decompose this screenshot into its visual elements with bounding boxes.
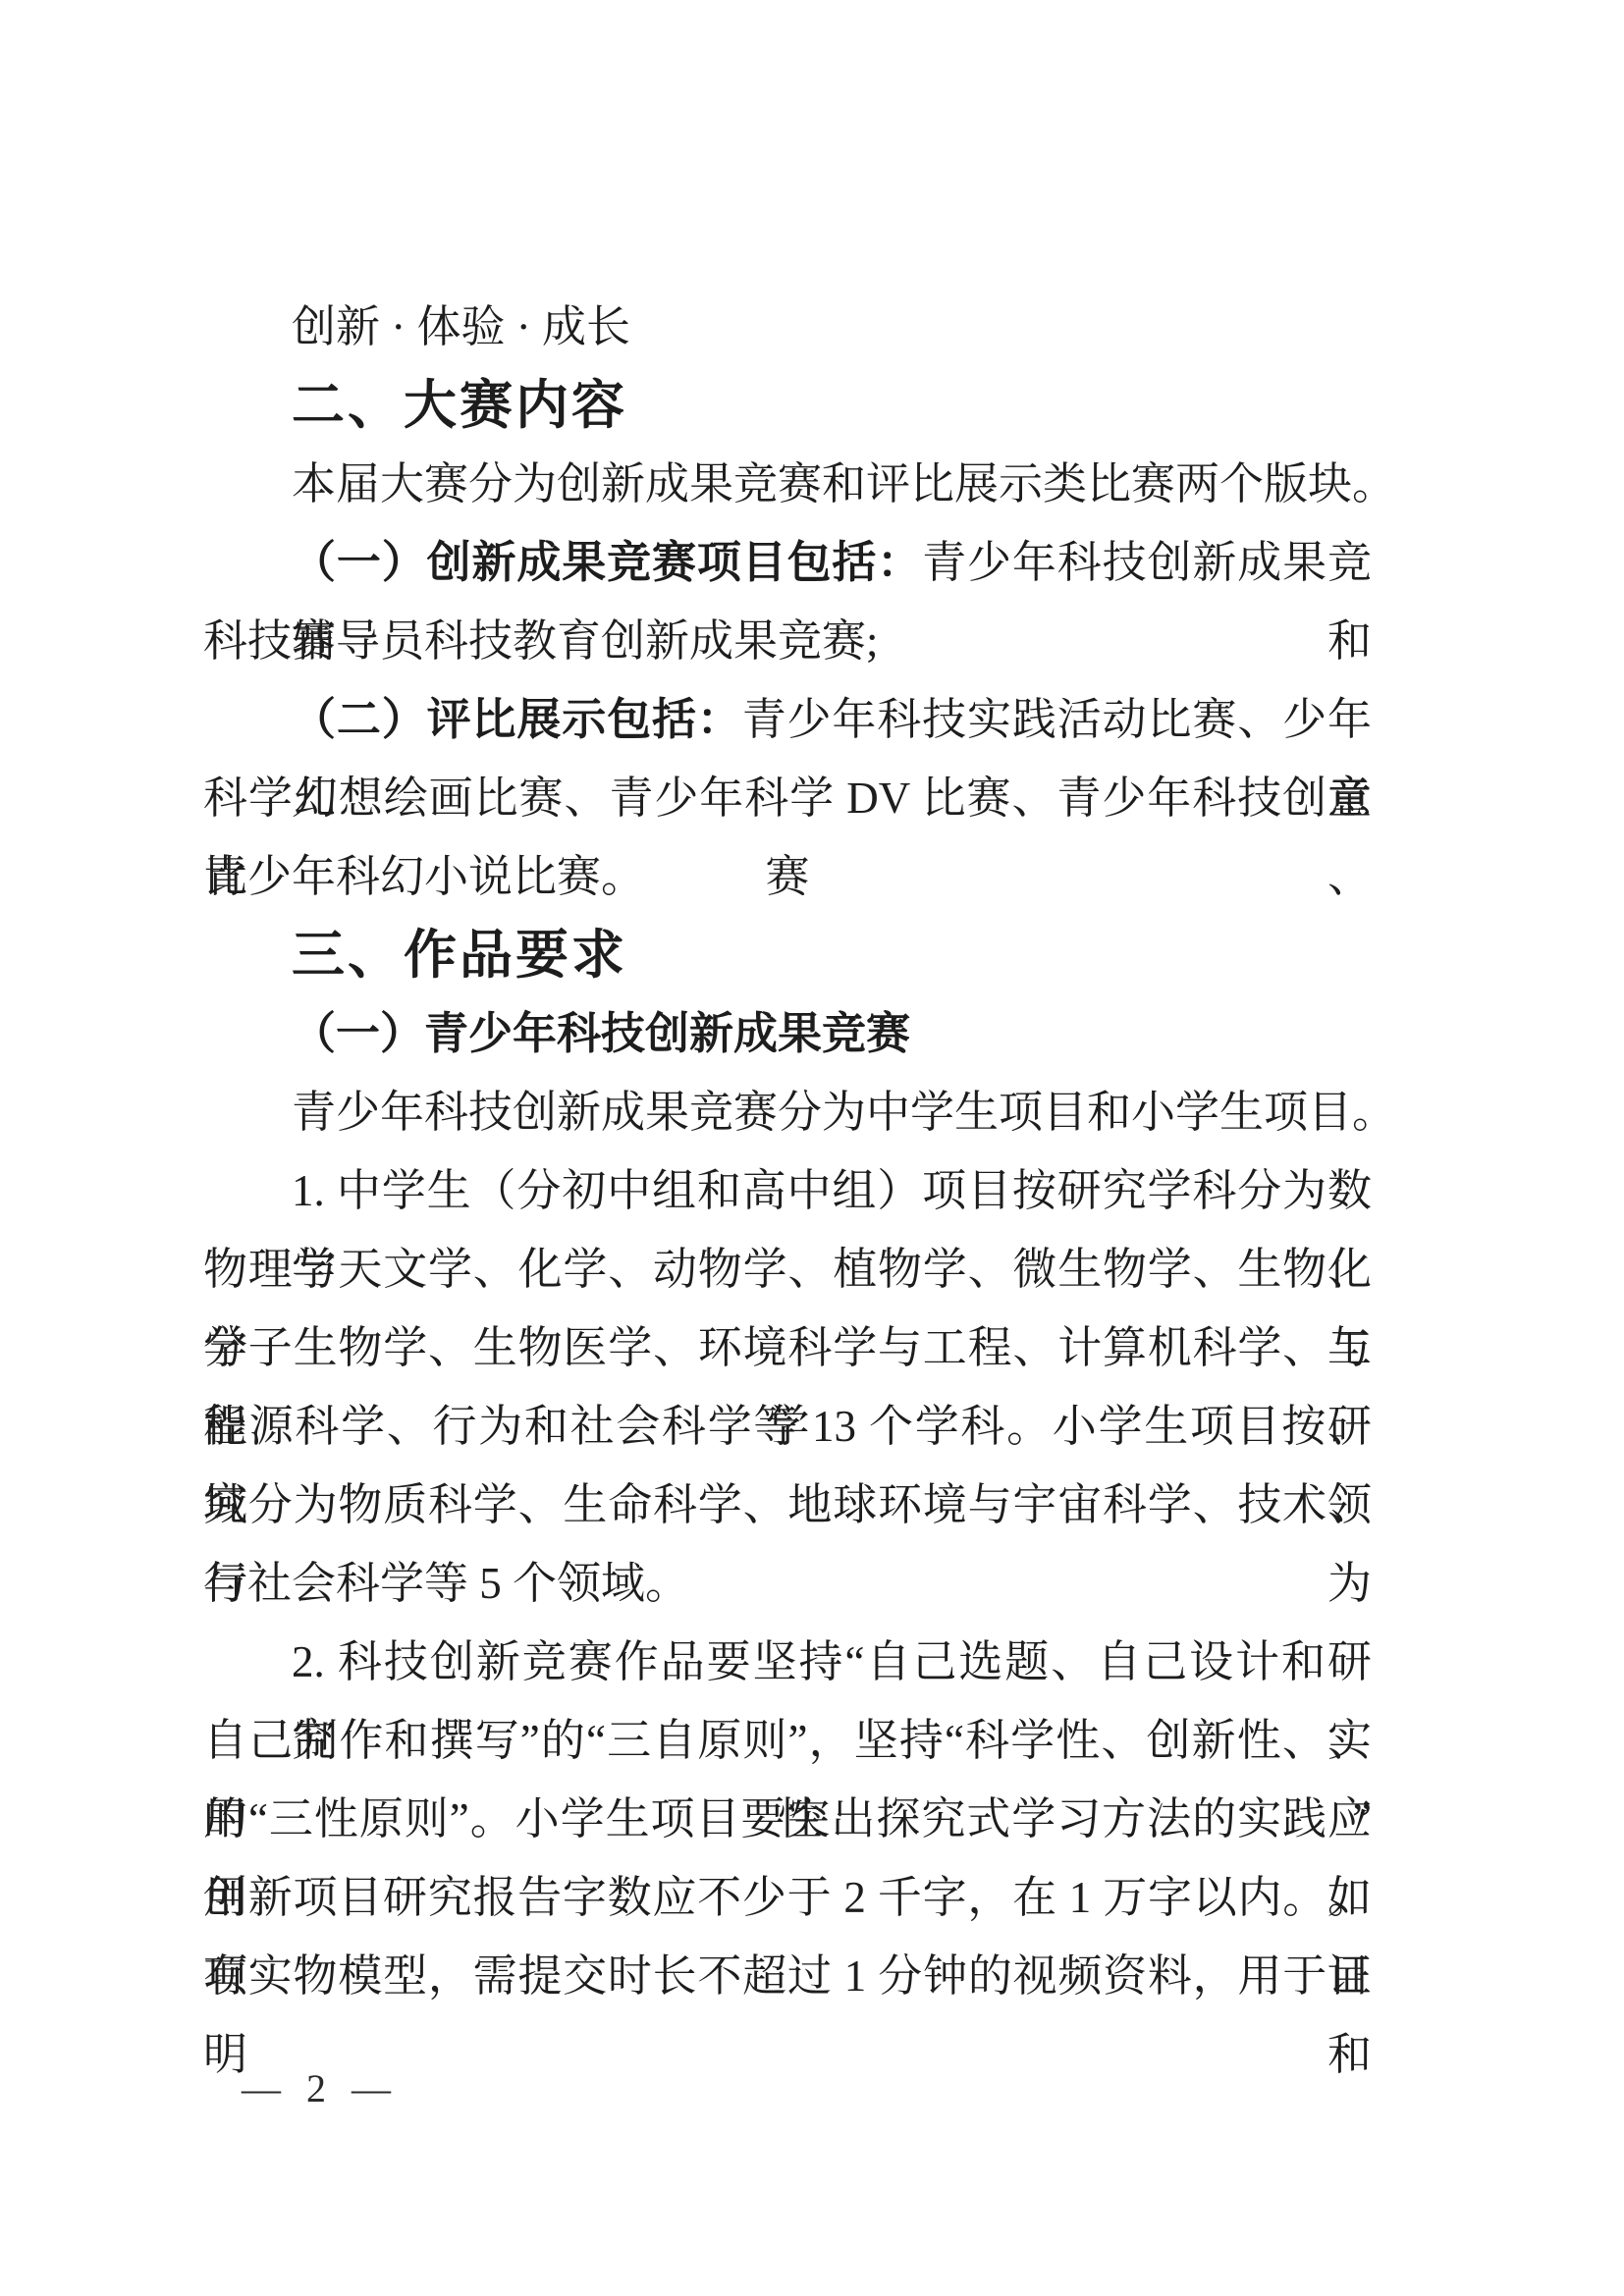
document-page: 创新 · 体验 · 成长二、大赛内容本届大赛分为创新成果竞赛和评比展示类比赛两个…: [0, 0, 1624, 2296]
text-line: 本届大赛分为创新成果竞赛和评比展示类比赛两个版块。: [203, 445, 1372, 523]
text-segment: 青少年科幻小说比赛。: [203, 852, 645, 901]
slogan-line: 创新 · 体验 · 成长: [203, 288, 1372, 366]
text-line: 分子生物学、生物医学、环境科学与工程、计算机科学、工程学、: [203, 1308, 1372, 1387]
text-line: 的“三性原则”。小学生项目要突出探究式学习方法的实践应用。: [203, 1780, 1372, 1858]
text-line: 1. 中学生（分初中组和高中组）项目按研究学科分为数学、: [203, 1151, 1372, 1230]
text-segment: 创新 · 体验 · 成长: [292, 302, 630, 351]
text-segment: （一）青少年科技创新成果竞赛: [292, 1009, 910, 1058]
text-line: （二）评比展示包括：青少年科技实践活动比赛、少年儿童: [203, 680, 1372, 759]
text-line: 创新项目研究报告字数应不少于 2 千字，在 1 万字以内。如项目: [203, 1858, 1372, 1937]
text-segment: 青少年科技创新成果竞赛分为中学生项目和小学生项目。: [292, 1088, 1396, 1137]
text-line: 科学幻想绘画比赛、青少年科学 DV 比赛、青少年科技创意比赛、: [203, 759, 1372, 837]
text-line: 域分为物质科学、生命科学、地球环境与宇宙科学、技术、行为: [203, 1466, 1372, 1544]
text-line: 自己制作和撰写”的“三自原则”，坚持“科学性、创新性、实用性”: [203, 1701, 1372, 1780]
kaiti-label: （二）评比展示包括：: [292, 695, 742, 744]
text-segment: 三、作品要求: [292, 926, 627, 985]
subsection-heading: （一）青少年科技创新成果竞赛: [203, 994, 1372, 1073]
section-heading-2: 二、大赛内容: [203, 366, 1372, 445]
text-segment: 本届大赛分为创新成果竞赛和评比展示类比赛两个版块。: [292, 459, 1396, 508]
document-body: 创新 · 体验 · 成长二、大赛内容本届大赛分为创新成果竞赛和评比展示类比赛两个…: [203, 288, 1372, 2015]
text-line: （一）创新成果竞赛项目包括：青少年科技创新成果竞赛和: [203, 523, 1372, 602]
text-segment: 与社会科学等 5 个领域。: [203, 1559, 689, 1608]
text-line: 有实物模型，需提交时长不超过 1 分钟的视频资料，用于证明和: [203, 1937, 1372, 2015]
text-line: 青少年科技创新成果竞赛分为中学生项目和小学生项目。: [203, 1073, 1372, 1151]
text-segment: 二、大赛内容: [292, 376, 627, 435]
section-heading-3: 三、作品要求: [203, 916, 1372, 994]
page-number: — 2 —: [242, 2059, 399, 2118]
kaiti-label: （一）创新成果竞赛项目包括：: [292, 538, 922, 587]
text-line: 物理与天文学、化学、动物学、植物学、微生物学、生物化学与: [203, 1230, 1372, 1308]
text-line: 能源科学、行为和社会科学等 13 个学科。小学生项目按研究领: [203, 1387, 1372, 1466]
text-line: 2. 科技创新竞赛作品要坚持“自己选题、自己设计和研究、: [203, 1623, 1372, 1701]
text-segment: 科技辅导员科技教育创新成果竞赛;: [203, 616, 879, 666]
